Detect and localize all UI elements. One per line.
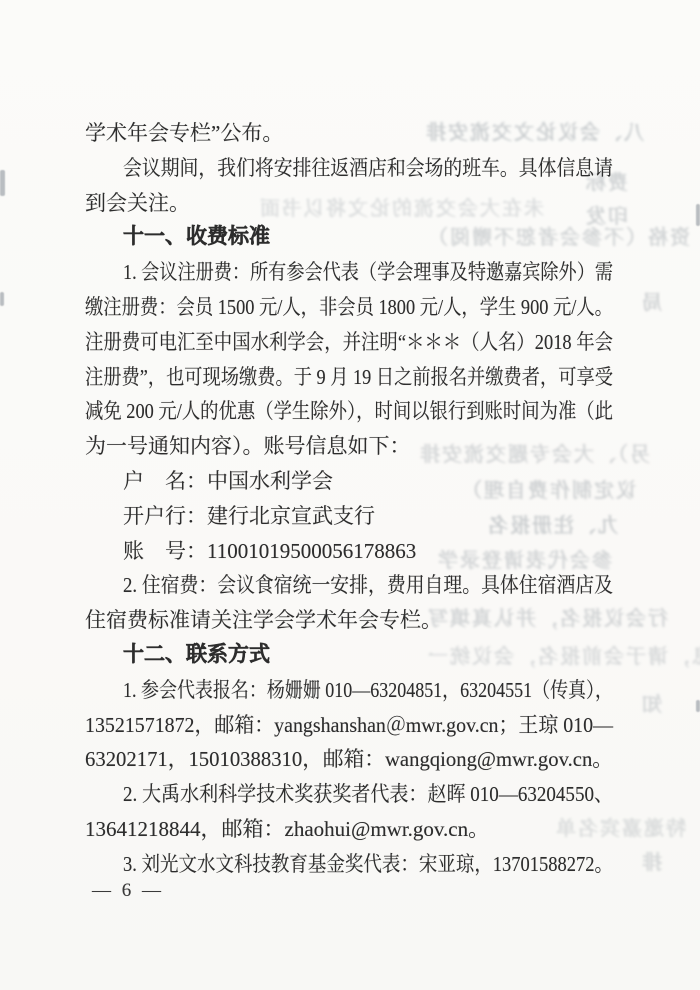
text-line-content: 学术年会专栏”公布。	[85, 116, 283, 151]
text-line: 3. 刘光文水文科技教育基金奖代表：宋亚琼，13701588272。	[85, 847, 613, 882]
text-line: 1. 参会代表报名：杨姗姗 010—63204851，63204551（传真），	[85, 673, 613, 708]
text-line-content: 减免 200 元/人的优惠（学生除外），时间以银行到账时间为准（此	[85, 394, 613, 429]
text-line-content: 13521571872，邮箱：yangshanshan＠mwr.gov.cn；王…	[85, 708, 613, 743]
text-line: 13641218844，邮箱：zhaohui@mwr.gov.cn。	[85, 812, 613, 847]
text-line-content: 63202171，15010388310，邮箱：wangqiong@mwr.go…	[85, 742, 613, 777]
text-line: 13521571872，邮箱：yangshanshan＠mwr.gov.cn；王…	[85, 708, 613, 743]
section-heading: 十一、收费标准	[85, 220, 613, 255]
text-line-content: 住宿费标准请关注学会学术年会专栏。	[85, 603, 442, 638]
text-line-content: 13641218844，邮箱：zhaohui@mwr.gov.cn。	[85, 812, 489, 847]
scan-artifact	[696, 204, 700, 226]
text-line-content: 十一、收费标准	[123, 220, 270, 255]
text-line-content: 账 号：11001019500056178863	[123, 534, 416, 569]
text-line: 账 号：11001019500056178863	[85, 534, 613, 569]
text-line: 缴注册费：会员 1500 元/人，非会员 1800 元/人，学生 900 元/人…	[85, 290, 613, 325]
scan-artifact	[696, 700, 700, 712]
section-heading: 十二、联系方式	[85, 638, 613, 673]
bleedthrough-text: 局	[640, 286, 662, 315]
scan-artifact	[0, 170, 5, 196]
text-line-content: 为一号通知内容）。账号信息如下：	[85, 429, 411, 464]
text-line: 减免 200 元/人的优惠（学生除外），时间以银行到账时间为准（此	[85, 394, 613, 429]
text-line-content: 十二、联系方式	[123, 638, 270, 673]
text-line: 注册费”，也可现场缴费。于 9 月 19 日之前报名并缴费者，可享受	[85, 360, 613, 395]
text-line: 为一号通知内容）。账号信息如下：	[85, 429, 613, 464]
text-line: 到会关注。	[85, 186, 613, 221]
text-line-content: 1. 参会代表报名：杨姗姗 010—63204851，63204551（传真），	[123, 673, 613, 708]
text-line: 会议期间，我们将安排往返酒店和会场的班车。具体信息请	[85, 151, 613, 186]
text-line-content: 户 名：中国水利学会	[123, 464, 333, 499]
text-line: 63202171，15010388310，邮箱：wangqiong@mwr.go…	[85, 742, 613, 777]
document-page: 八、会议论文交流安排费标印发未在大会交流的论文将以书面资格（不参会者恕不赠阅）局…	[0, 0, 700, 990]
text-line: 注册费可电汇至中国水利学会，并注明“＊＊＊（人名）2018 年会	[85, 325, 613, 360]
text-line: 开户行：建行北京宣武支行	[85, 499, 613, 534]
text-line-content: 2. 住宿费：会议食宿统一安排，费用自理。具体住宿酒店及	[123, 568, 613, 603]
text-line-content: 开户行：建行北京宣武支行	[123, 499, 375, 534]
text-line-content: 到会关注。	[85, 186, 190, 221]
text-line-content: 注册费”，也可现场缴费。于 9 月 19 日之前报名并缴费者，可享受	[85, 360, 613, 395]
text-line: 2. 住宿费：会议食宿统一安排，费用自理。具体住宿酒店及	[85, 568, 613, 603]
text-line-content: 缴注册费：会员 1500 元/人，非会员 1800 元/人，学生 900 元/人…	[85, 290, 613, 325]
text-line-content: 1. 会议注册费：所有参会代表（学会理事及特邀嘉宾除外）需	[123, 255, 613, 290]
text-line-content: 会议期间，我们将安排往返酒店和会场的班车。具体信息请	[123, 151, 613, 186]
document-body: 学术年会专栏”公布。会议期间，我们将安排往返酒店和会场的班车。具体信息请到会关注…	[85, 116, 613, 882]
text-line-content: 2. 大禹水利科学技术奖获奖者代表：赵晖 010—63204550、	[123, 777, 613, 812]
text-line-content: 注册费可电汇至中国水利学会，并注明“＊＊＊（人名）2018 年会	[85, 325, 613, 360]
text-line: 1. 会议注册费：所有参会代表（学会理事及特邀嘉宾除外）需	[85, 255, 613, 290]
scan-artifact	[0, 292, 4, 306]
page-number: — 6 —	[92, 880, 164, 902]
text-line: 2. 大禹水利科学技术奖获奖者代表：赵晖 010—63204550、	[85, 777, 613, 812]
text-line: 学术年会专栏”公布。	[85, 116, 613, 151]
text-line: 住宿费标准请关注学会学术年会专栏。	[85, 603, 613, 638]
text-line: 户 名：中国水利学会	[85, 464, 613, 499]
text-line-content: 3. 刘光文水文科技教育基金奖代表：宋亚琼，13701588272。	[123, 847, 613, 882]
